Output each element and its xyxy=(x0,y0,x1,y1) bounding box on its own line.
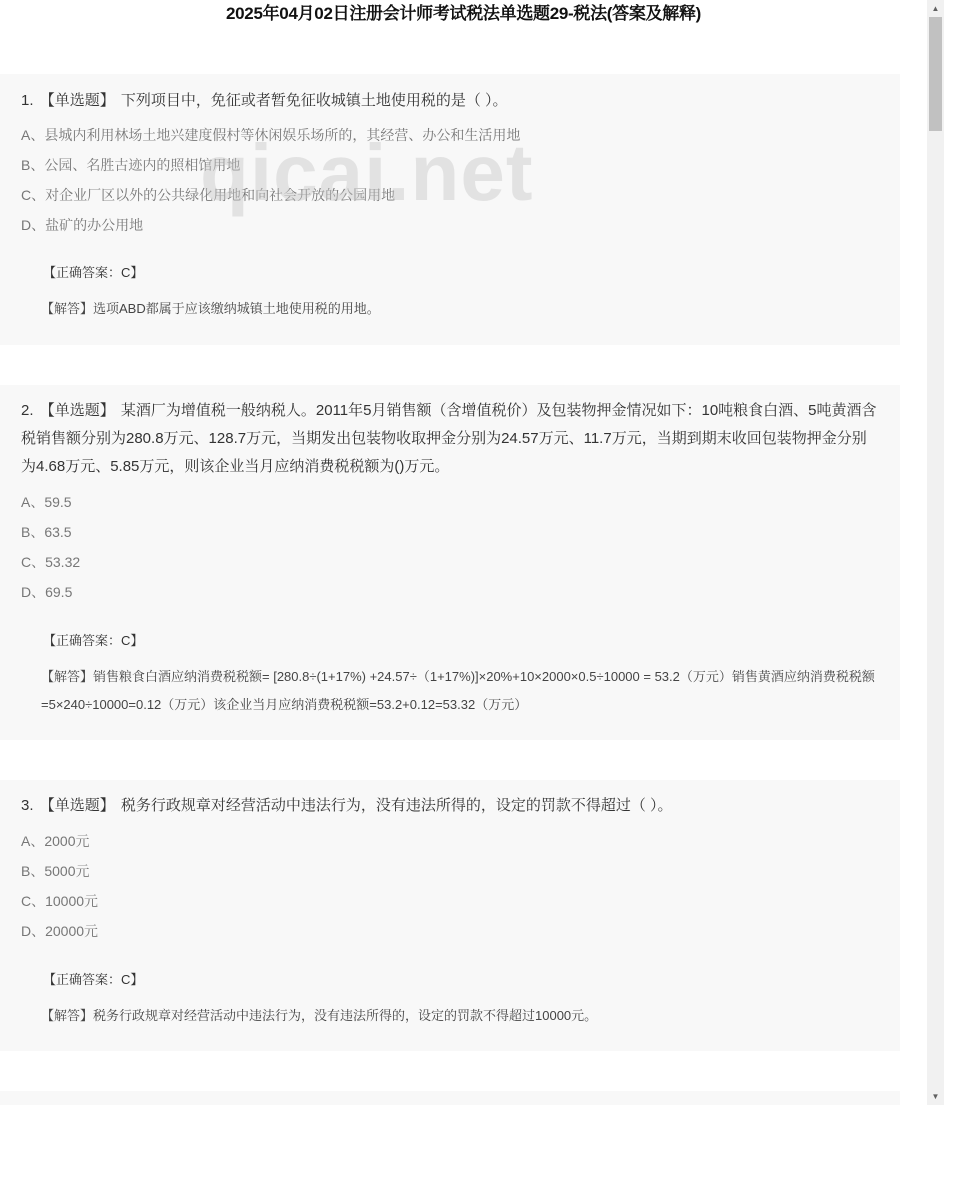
question-number: 1. xyxy=(21,92,34,109)
vertical-scrollbar[interactable]: ▲ ▼ xyxy=(927,0,944,1105)
option-c[interactable]: C、对企业厂区以外的公共绿化用地和向社会开放的公园用地 xyxy=(21,185,395,205)
option-d[interactable]: D、20000元 xyxy=(21,921,98,941)
option-d[interactable]: D、盐矿的办公用地 xyxy=(21,215,143,235)
option-c[interactable]: C、53.32 xyxy=(21,552,80,572)
question-text: 某酒厂为增值税一般纳税人。2011年5月销售额（含增值税价）及包装物押金情况如下… xyxy=(21,402,877,475)
question-card-2: 2. 【单选题】 某酒厂为增值税一般纳税人。2011年5月销售额（含增值税价）及… xyxy=(0,385,900,740)
explanation: 【解答】选项ABD都属于应该缴纳城镇土地使用税的用地。 xyxy=(41,295,875,323)
option-b[interactable]: B、公园、名胜古迹内的照相馆用地 xyxy=(21,155,240,175)
option-a[interactable]: A、59.5 xyxy=(21,492,72,512)
option-b[interactable]: B、5000元 xyxy=(21,861,89,881)
question-card-3: 3. 【单选题】 税务行政规章对经营活动中违法行为，没有违法所得的，设定的罚款不… xyxy=(0,780,900,1051)
question-type: 【单选题】 xyxy=(40,797,115,814)
page-viewport: 2025年04月02日注册会计师考试税法单选题29-税法(答案及解释) 1. 【… xyxy=(0,0,927,1105)
question-card-1: 1. 【单选题】 下列项目中，免征或者暂免征收城镇土地使用税的是（ ）。 A、县… xyxy=(0,74,900,345)
question-stem: 2. 【单选题】 某酒厂为增值税一般纳税人。2011年5月销售额（含增值税价）及… xyxy=(21,397,880,481)
option-a[interactable]: A、县城内利用林场土地兴建度假村等休闲娱乐场所的，其经营、办公和生活用地 xyxy=(21,125,520,145)
question-card-4-partial xyxy=(0,1091,900,1105)
scroll-down-arrow-icon[interactable]: ▼ xyxy=(927,1088,944,1105)
question-stem: 3. 【单选题】 税务行政规章对经营活动中违法行为，没有违法所得的，设定的罚款不… xyxy=(21,792,880,820)
explanation: 【解答】税务行政规章对经营活动中违法行为，没有违法所得的，设定的罚款不得超过10… xyxy=(41,1002,875,1030)
question-text: 下列项目中，免征或者暂免征收城镇土地使用税的是（ ）。 xyxy=(121,92,508,109)
correct-answer: 【正确答案：C】 xyxy=(43,631,143,651)
scroll-thumb[interactable] xyxy=(929,17,942,131)
question-number: 2. xyxy=(21,402,34,419)
option-a[interactable]: A、2000元 xyxy=(21,831,89,851)
correct-answer: 【正确答案：C】 xyxy=(43,970,143,990)
correct-answer: 【正确答案：C】 xyxy=(43,263,143,283)
question-type: 【单选题】 xyxy=(40,92,115,109)
question-type: 【单选题】 xyxy=(40,402,115,419)
question-text: 税务行政规章对经营活动中违法行为，没有违法所得的，设定的罚款不得超过（ ）。 xyxy=(121,797,673,814)
explanation: 【解答】销售粮食白酒应纳消费税税额= [280.8÷(1+17%) +24.57… xyxy=(41,663,875,719)
option-b[interactable]: B、63.5 xyxy=(21,522,72,542)
page-title: 2025年04月02日注册会计师考试税法单选题29-税法(答案及解释) xyxy=(0,2,927,26)
option-c[interactable]: C、10000元 xyxy=(21,891,98,911)
option-d[interactable]: D、69.5 xyxy=(21,582,72,602)
question-stem: 1. 【单选题】 下列项目中，免征或者暂免征收城镇土地使用税的是（ ）。 xyxy=(21,87,880,115)
scroll-up-arrow-icon[interactable]: ▲ xyxy=(927,0,944,17)
question-number: 3. xyxy=(21,797,34,814)
